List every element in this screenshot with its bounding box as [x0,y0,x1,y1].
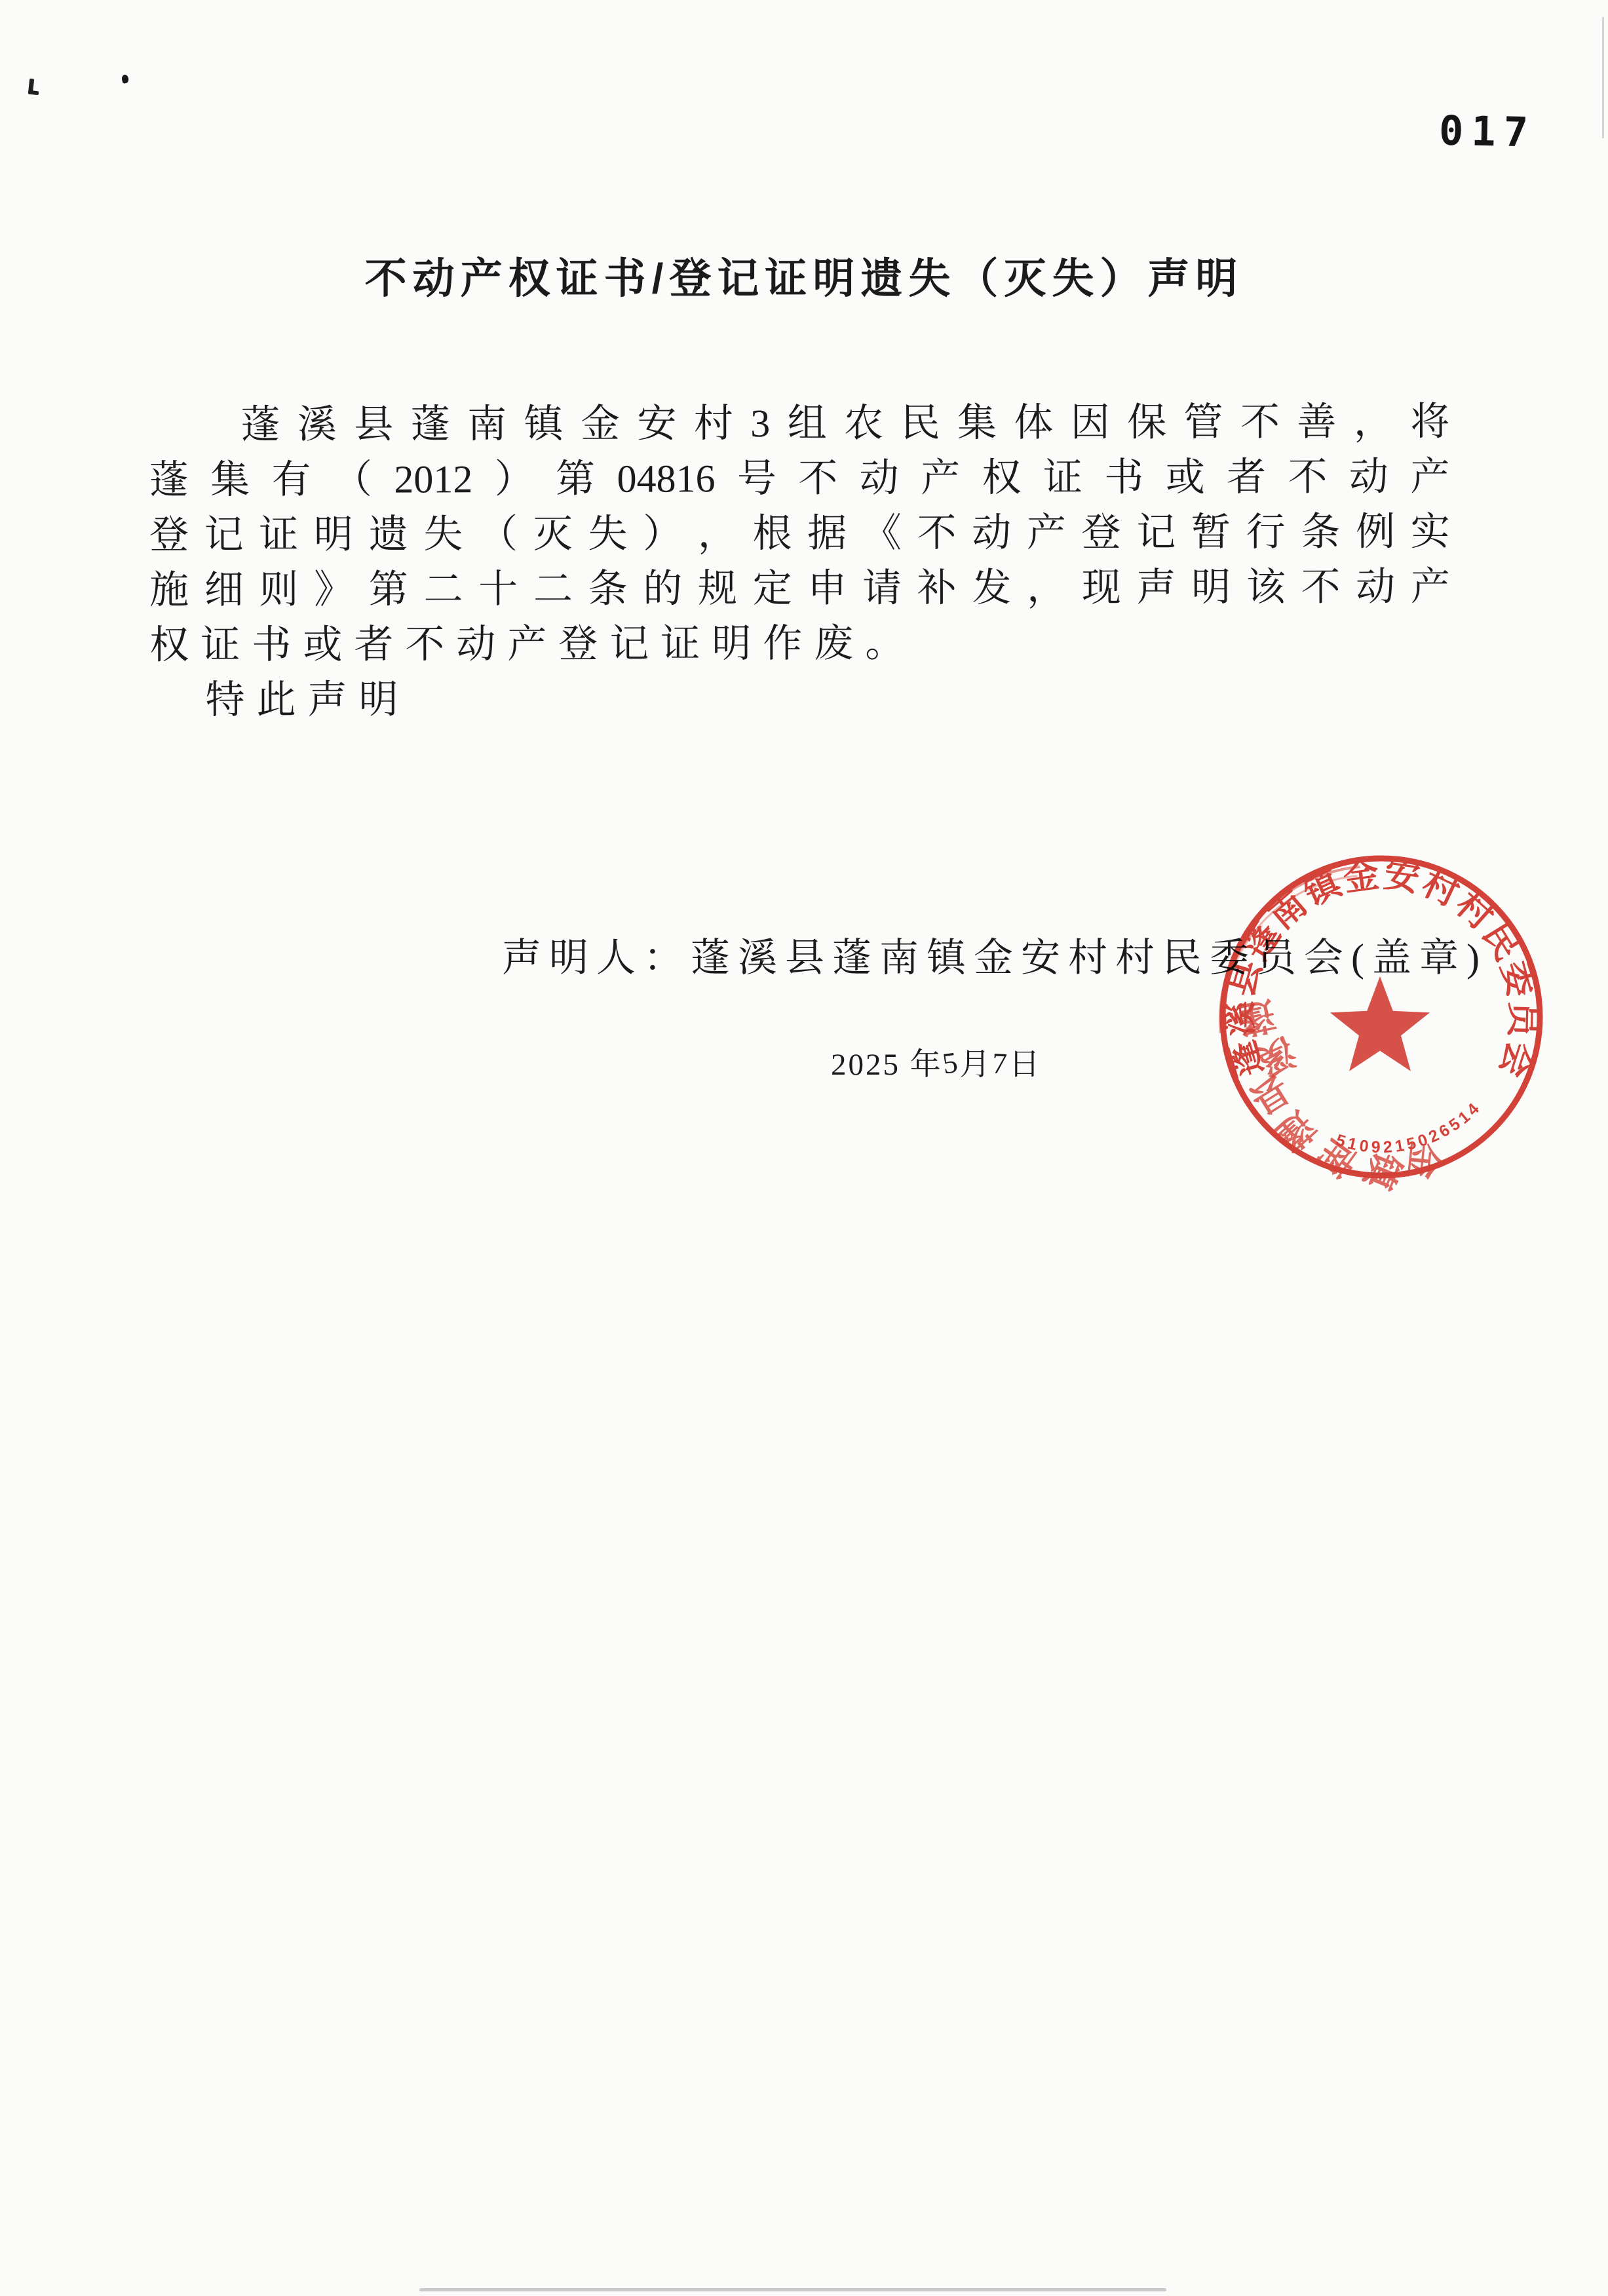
body-paragraph: 蓬溪县蓬南镇金安村3组农民集体因保管不善，将蓬集有（2012）第04816号不动… [149,394,1450,727]
body-char: 不 [1240,394,1280,450]
body-char: （ [478,507,518,562]
body-char: 产 [921,450,960,505]
body-char: 证 [1043,450,1082,505]
body-char: 动 [1356,560,1395,615]
body-char: 补 [917,560,957,615]
body-char: ， [1027,560,1066,615]
body-char: 不 [1301,560,1340,615]
body-char: 安 [637,396,676,451]
body-char: 04816 [617,451,715,506]
body-char: 条 [588,562,628,617]
body-char: 实 [1411,504,1450,559]
body-char: 证 [259,507,298,562]
body-char: ， [698,506,737,561]
body-char: 声 [1136,560,1176,615]
body-char: 因 [1071,395,1110,450]
body-char: 失 [423,507,463,562]
body-char: 明 [314,507,353,562]
body-char: 农 [844,396,883,451]
body-char: 不 [798,451,837,506]
body-char: 据 [807,506,847,561]
date-day-unit: 日 [1009,1048,1042,1082]
body-char: 动 [1349,450,1388,505]
document-page: 017 不动产权证书/登记证明遗失（灭失）声明 蓬溪县蓬南镇金安村3组农民集体因… [0,0,1608,2296]
official-seal: 蓬溪县蓬南镇金安村村民委员会 5109215026514 蓬溪县蓬南镇金 [1198,833,1565,1200]
body-char: 将 [1410,394,1449,449]
body-line: 蓬溪县蓬南镇金安村3组农民集体因保管不善，将 [149,394,1449,452]
body-char: 者 [1227,450,1266,505]
scan-edge-artifact [419,2288,1166,2291]
body-line: 权证书或者不动产登记证明作废。 [149,614,1450,672]
date-month-unit: 月 [959,1048,992,1082]
body-char: 根 [752,506,792,561]
body-char: 号 [737,451,776,506]
body-char: 请 [862,561,902,616]
body-char: 规 [698,561,737,616]
body-char: 记 [1136,505,1176,560]
body-char: 该 [1246,560,1286,615]
date-printed-prefix: 2025 年 [831,1048,943,1082]
body-char: 第 [556,451,595,507]
body-char: 第 [369,562,408,617]
body-char: 明 [1191,560,1231,615]
body-char: 动 [972,505,1011,560]
seal-ghost-char: 金 [1401,1141,1445,1181]
body-char: 行 [1246,505,1286,560]
seal-star-icon [1330,976,1430,1071]
body-char: 蓬 [149,452,189,507]
body-char: 管 [1184,394,1223,450]
body-char: 不 [917,505,956,560]
body-char: （ [333,452,372,507]
scan-edge-artifact [1602,17,1604,138]
body-char: 2012 [394,451,472,507]
date-line: 2025 年5月7日 [831,1044,1042,1085]
body-char: 动 [860,451,899,506]
body-char: 失 [588,507,627,562]
body-char: 施 [149,562,189,617]
body-char: 产 [1027,505,1066,560]
body-char: ， [1354,394,1393,450]
body-char: 县 [354,397,393,452]
body-char: 蓬 [240,397,280,452]
body-char: 发 [972,560,1011,615]
body-char: ） [643,506,682,561]
body-char: 定 [753,561,792,616]
body-char: 》 [314,562,353,617]
body-char: 记 [204,507,243,562]
body-char: 暂 [1191,505,1231,560]
body-char: 《 [862,506,902,561]
body-char: 则 [259,562,298,617]
body-line: 特此声明 [149,669,1450,727]
body-char: 集 [957,395,997,450]
handwritten-day-digit: 7 [991,1043,1010,1084]
ink-speck [121,74,130,84]
body-char: 登 [1081,505,1120,560]
body-char: 二 [423,562,463,617]
body-char: 南 [467,396,507,451]
body-char: 3 [750,396,770,451]
body-char: 组 [788,396,827,451]
body-char: ） [495,451,534,507]
body-char: 书 [1104,450,1143,505]
handwritten-month-digit: 5 [940,1042,962,1084]
body-line: 蓬集有（2012）第04816号不动产权证书或者不动产 [149,449,1450,507]
page-number-stamp: 017 [1438,106,1536,156]
body-char: 登 [149,507,189,562]
body-char: 产 [1410,449,1449,504]
body-char: 镇 [524,396,563,451]
body-char: 有 [271,452,311,507]
body-char: 保 [1127,395,1166,450]
body-char: 村 [694,396,733,451]
body-char: 或 [1166,450,1205,505]
body-char: 产 [1411,559,1450,614]
body-char: 溪 [297,397,337,452]
body-char: 权 [982,450,1021,505]
body-char: 灭 [533,507,573,562]
body-char: 例 [1356,505,1395,560]
body-char: 条 [1301,505,1340,560]
body-char: 十 [478,562,518,617]
body-char: 蓬 [411,396,450,451]
body-char: 细 [204,562,244,617]
body-char: 二 [533,562,573,617]
ink-speck [28,79,34,95]
body-char: 不 [1288,450,1327,505]
body-char: 体 [1014,395,1053,450]
body-char: 遗 [369,507,408,562]
body-line: 施细则》第二十二条的规定申请补发，现声明该不动产 [149,559,1450,617]
body-char: 民 [900,395,940,450]
body-char: 的 [643,561,682,616]
body-char: 集 [210,452,250,507]
body-char: 申 [807,561,847,616]
document-title: 不动产权证书/登记证明遗失（灭失）声明 [0,245,1608,305]
body-char: 金 [581,396,620,451]
body-char: 现 [1082,560,1121,615]
body-char: 善 [1297,394,1336,450]
body-line: 登记证明遗失（灭失），根据《不动产登记暂行条例实 [149,504,1450,562]
